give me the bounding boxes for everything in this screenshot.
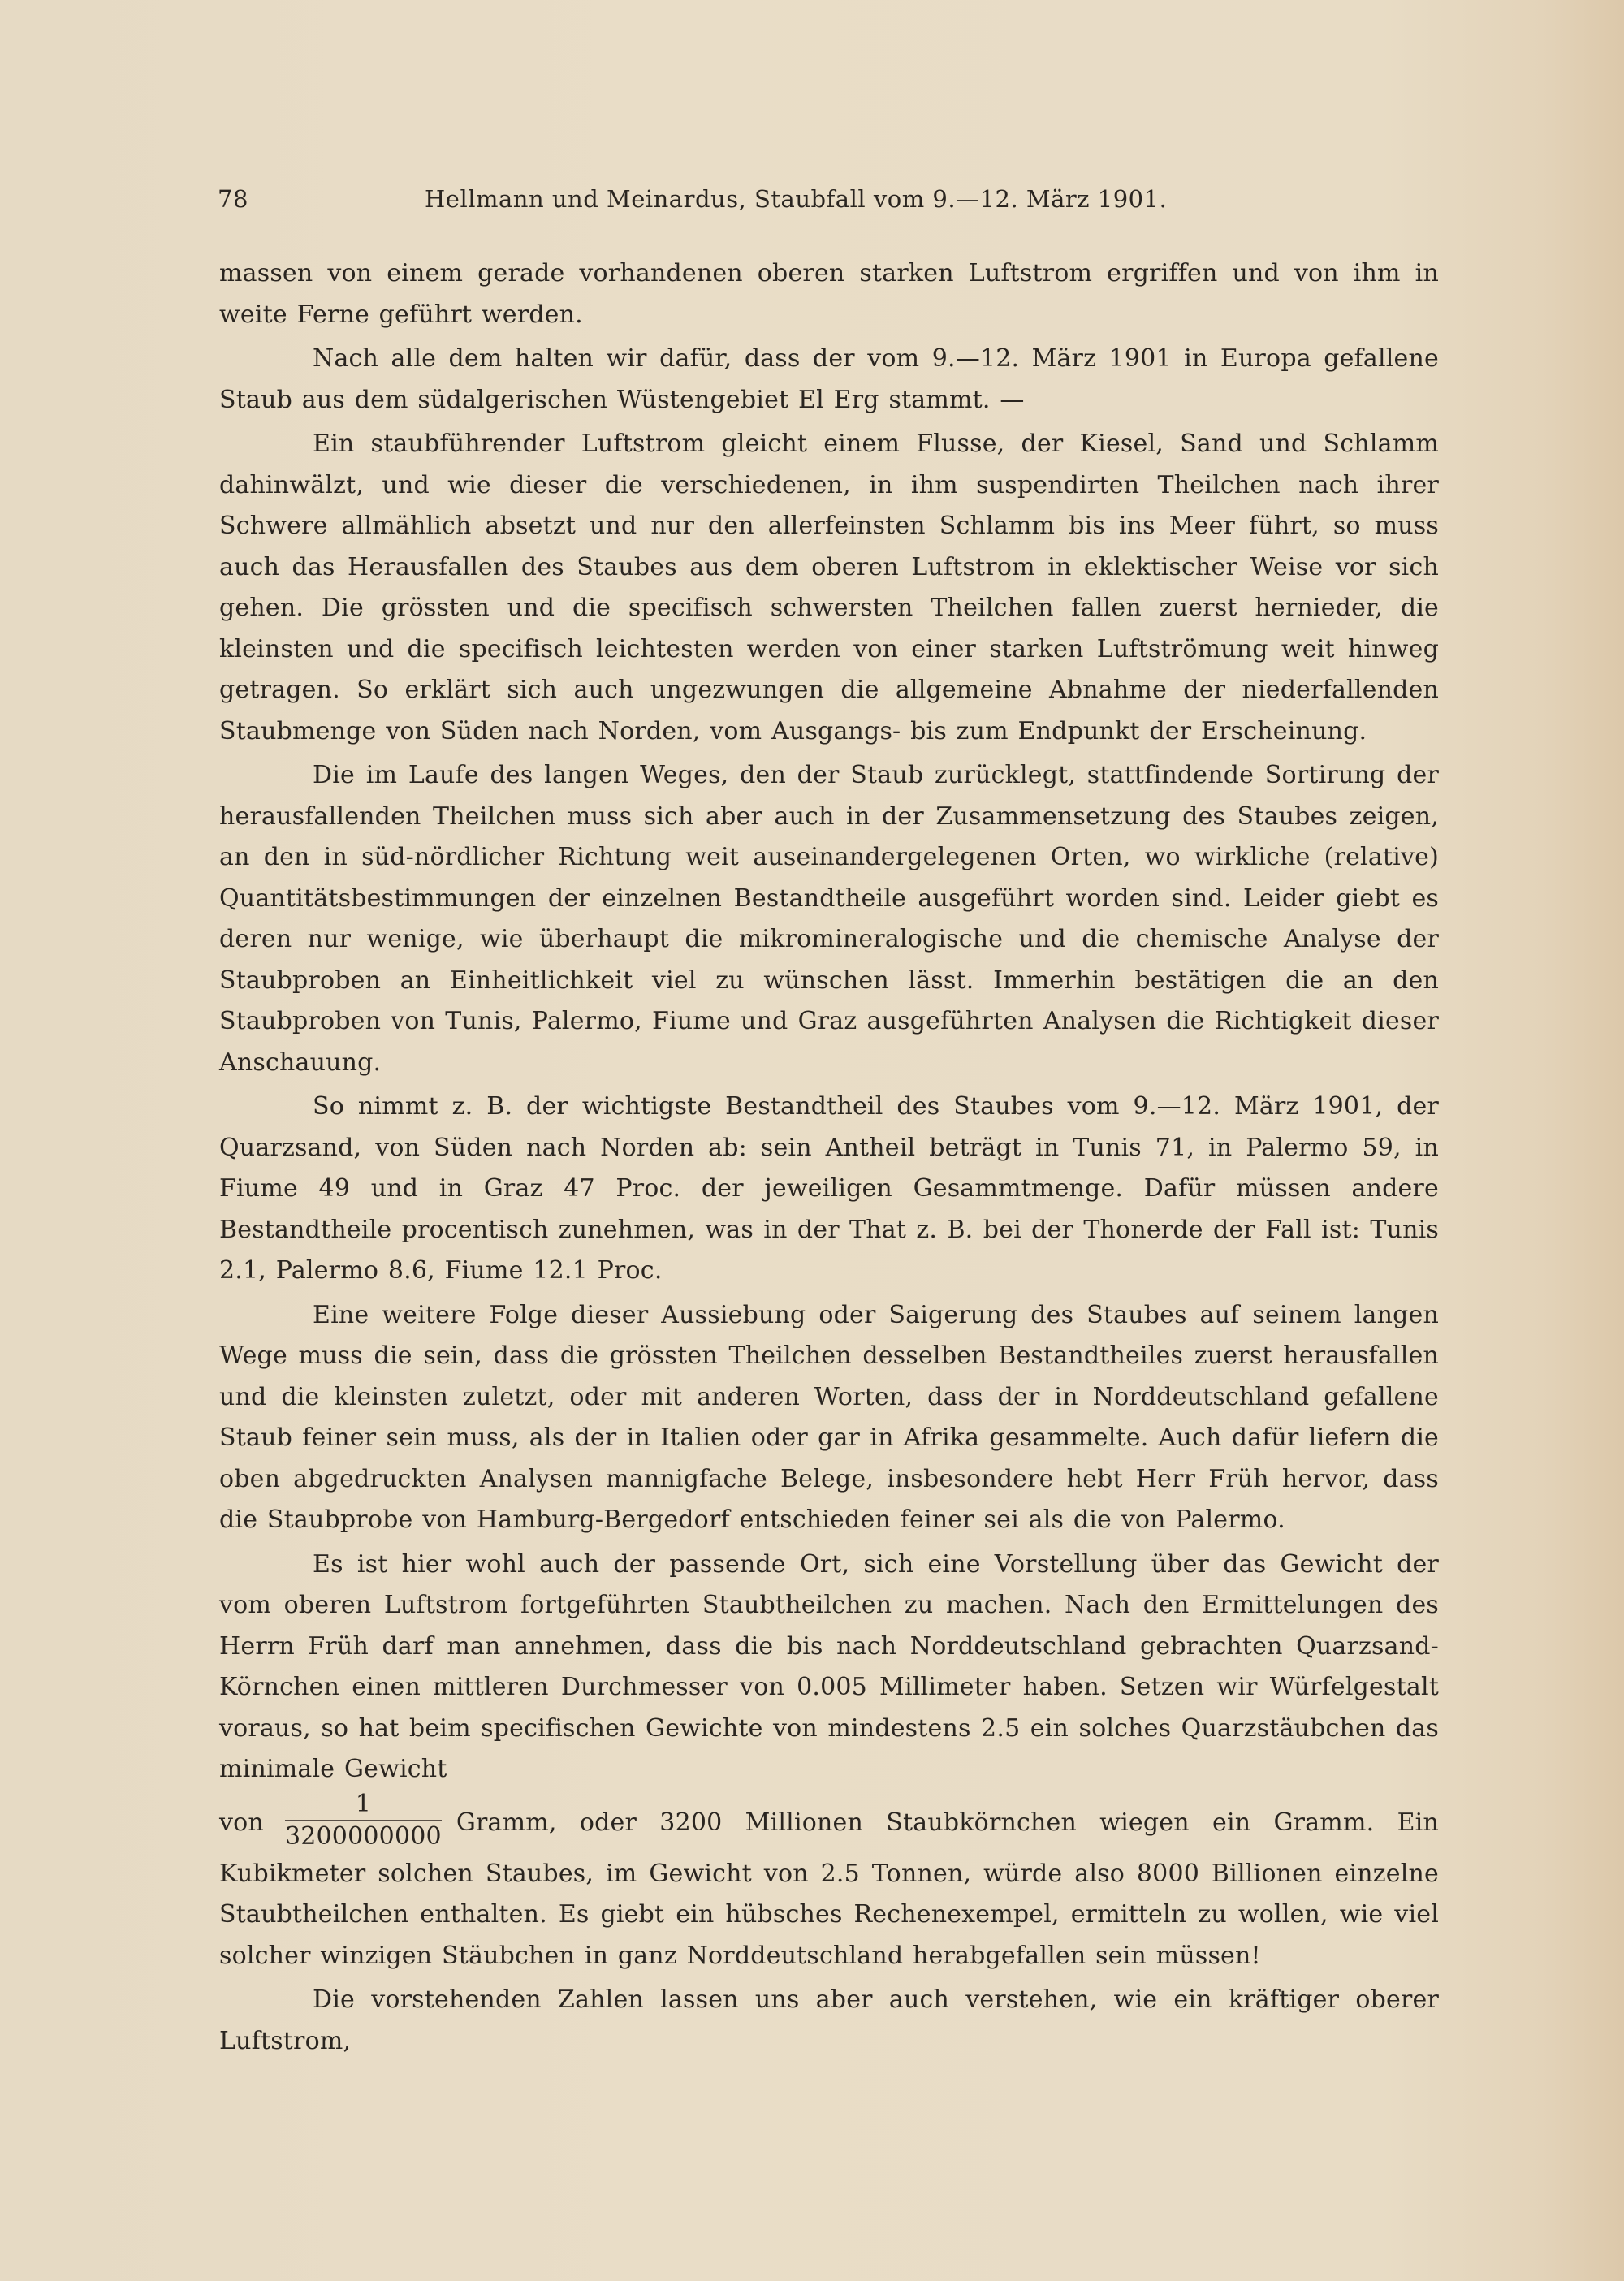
fraction: 13200000000 [285,1791,442,1851]
paragraph-weight: Es ist hier wohl auch der passende Ort, … [219,1544,1439,1791]
paragraph-fraction: von13200000000Gramm, oder 3200 Millionen… [219,1794,1439,1977]
paragraph-continuation: massen von einem gerade vorhandenen ober… [219,253,1439,335]
paragraph-sorting: Die im Laufe des langen Weges, den der S… [219,755,1439,1083]
paragraph-quartz-example: So nimmt z. B. der wichtigste Bestandthe… [219,1086,1439,1292]
page-number: 78 [218,185,248,213]
fraction-denominator: 3200000000 [285,1821,442,1851]
page-header: 78 Hellmann und Meinardus, Staubfall vom… [218,185,1436,226]
body-text: massen von einem gerade vorhandenen ober… [219,253,1439,2065]
paragraph-origin-conclusion: Nach alle dem halten wir dafür, dass der… [219,339,1439,421]
paragraph-final: Die vorstehenden Zahlen lassen uns aber … [219,1980,1439,2062]
paragraph-river-analogy: Ein staubführender Luftstrom gleicht ein… [219,424,1439,752]
paragraph-fineness: Eine weitere Folge dieser Aussiebung ode… [219,1295,1439,1541]
fraction-numerator: 1 [285,1791,442,1821]
running-title: Hellmann und Meinardus, Staubfall vom 9.… [425,185,1167,213]
fraction-prefix: von [219,1808,264,1837]
